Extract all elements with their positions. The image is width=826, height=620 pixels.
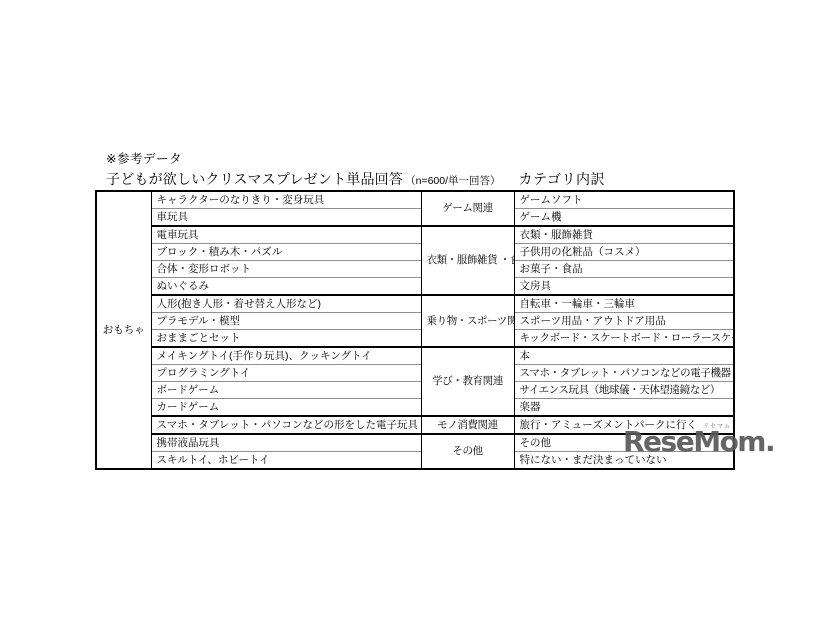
category-item-cell: 文房具 — [514, 278, 734, 296]
title-suffix: カテゴリ内訳 — [519, 171, 605, 187]
title-text: 子どもが欲しいクリスマスプレゼント単品回答 — [106, 171, 403, 187]
table-row: カードゲーム 楽器 — [96, 399, 734, 417]
chart-title: 子どもが欲しいクリスマスプレゼント単品回答（n=600/単一回答）カテゴリ内訳 — [106, 169, 605, 189]
category-group-cell-daily-goods: 衣類・服飾雑貨 ・食品などの日用品 — [421, 226, 514, 295]
category-item-cell: 特にない・まだ決まっていない — [514, 452, 734, 470]
table-row: スキルトイ、ホビートイ 特にない・まだ決まっていない — [96, 452, 734, 470]
table-row: メイキングトイ(手作り玩具)、クッキングトイ 学び・教育関連 本 — [96, 347, 734, 365]
toy-item-cell: プログラミングトイ — [151, 365, 421, 382]
toy-item-cell: 車玩具 — [151, 209, 421, 227]
table-row: プラモデル・模型 スポーツ用品・アウトドア用品 — [96, 313, 734, 330]
toy-item-cell: カードゲーム — [151, 399, 421, 417]
page: ※参考データ 子どもが欲しいクリスマスプレゼント単品回答（n=600/単一回答）… — [0, 0, 826, 620]
category-item-cell: その他 — [514, 434, 734, 452]
category-item-cell: 子供用の化粧品（コスメ） — [514, 244, 734, 261]
toy-item-cell: 電車玩具 — [151, 226, 421, 244]
table-row: 携帯液晶玩具 その他 その他 — [96, 434, 734, 452]
table-row: プログラミングトイ スマホ・タブレット・パソコンなどの電子機器（本物） — [96, 365, 734, 382]
category-item-cell: スポーツ用品・アウトドア用品 — [514, 313, 734, 330]
table-row: 車玩具 ゲーム機 — [96, 209, 734, 227]
table-row: 人形(抱き人形・着せ替え人形など) 乗り物・スポーツ関連 自転車・一輪車・三輪車 — [96, 295, 734, 313]
toy-item-cell: プラモデル・模型 — [151, 313, 421, 330]
category-item-cell: サイエンス玩具（地球儀・天体望遠鏡など） — [514, 382, 734, 399]
table-row: スマホ・タブレット・パソコンなどの形をした電子玩具 モノ消費関連 旅行・アミュー… — [96, 416, 734, 434]
title-sample-note: （n=600/単一回答） — [405, 175, 500, 187]
toy-item-cell: キャラクターのなりきり・変身玩具 — [151, 191, 421, 209]
table-row: 電車玩具 衣類・服飾雑貨 ・食品などの日用品 衣類・服飾雑貨 — [96, 226, 734, 244]
toy-item-cell: ボードゲーム — [151, 382, 421, 399]
category-breakdown-table: おもちゃ キャラクターのなりきり・変身玩具 ゲーム関連 ゲームソフト 車玩具 ゲ… — [95, 190, 735, 470]
toy-item-cell: ぬいぐるみ — [151, 278, 421, 296]
table-row: ブロック・積み木・パズル 子供用の化粧品（コスメ） — [96, 244, 734, 261]
category-item-cell: 本 — [514, 347, 734, 365]
category-item-cell: ゲーム機 — [514, 209, 734, 227]
toy-item-cell: メイキングトイ(手作り玩具)、クッキングトイ — [151, 347, 421, 365]
toy-item-cell: おままごとセット — [151, 330, 421, 348]
category-item-cell: 楽器 — [514, 399, 734, 417]
category-group-cell-vehicle-sports: 乗り物・スポーツ関連 — [421, 295, 514, 347]
category-group-cell-consumption: モノ消費関連 — [421, 416, 514, 434]
toy-item-cell: 合体・変形ロボット — [151, 261, 421, 278]
toy-item-cell: 携帯液晶玩具 — [151, 434, 421, 452]
table-row: おままごとセット キックボード・スケートボード・ローラースケートなど — [96, 330, 734, 348]
toy-rowheader-cell: おもちゃ — [96, 191, 151, 469]
toy-item-cell: スマホ・タブレット・パソコンなどの形をした電子玩具 — [151, 416, 421, 434]
category-item-cell: 衣類・服飾雑貨 — [514, 226, 734, 244]
category-item-cell: スマホ・タブレット・パソコンなどの電子機器（本物） — [514, 365, 734, 382]
category-item-cell: 自転車・一輪車・三輪車 — [514, 295, 734, 313]
category-group-cell-education: 学び・教育関連 — [421, 347, 514, 416]
category-item-cell: 旅行・アミューズメントパークに行く — [514, 416, 734, 434]
toy-item-cell: ブロック・積み木・パズル — [151, 244, 421, 261]
table-row: おもちゃ キャラクターのなりきり・変身玩具 ゲーム関連 ゲームソフト — [96, 191, 734, 209]
toy-item-cell: スキルトイ、ホビートイ — [151, 452, 421, 470]
category-group-cell-game: ゲーム関連 — [421, 191, 514, 226]
category-item-cell: ゲームソフト — [514, 191, 734, 209]
table-row: 合体・変形ロボット お菓子・食品 — [96, 261, 734, 278]
category-group-cell-other: その他 — [421, 434, 514, 469]
toy-item-cell: 人形(抱き人形・着せ替え人形など) — [151, 295, 421, 313]
category-item-cell: キックボード・スケートボード・ローラースケートなど — [514, 330, 734, 348]
table-row: ぬいぐるみ 文房具 — [96, 278, 734, 296]
reference-note: ※参考データ — [106, 149, 182, 167]
table-row: ボードゲーム サイエンス玩具（地球儀・天体望遠鏡など） — [96, 382, 734, 399]
category-item-cell: お菓子・食品 — [514, 261, 734, 278]
